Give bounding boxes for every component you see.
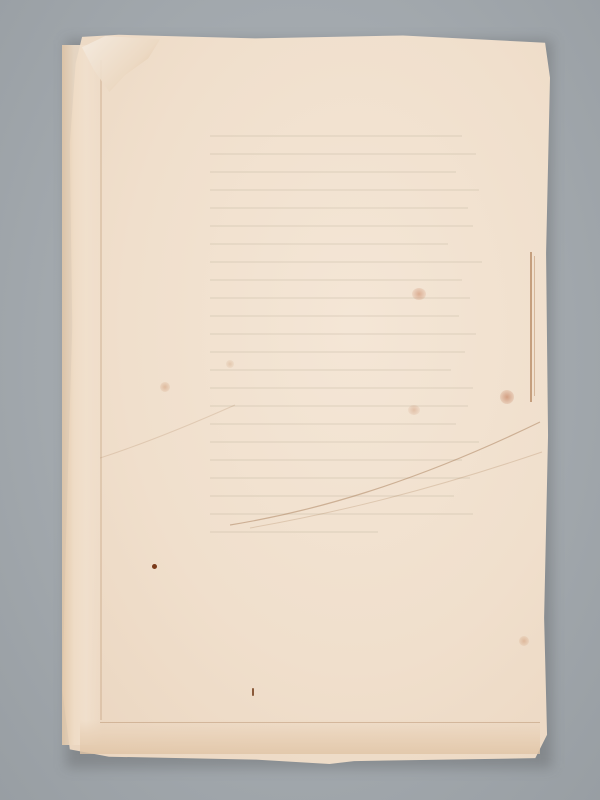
right-edge-stitch-mark xyxy=(534,256,535,396)
bottom-page-step xyxy=(100,722,540,723)
show-through-text-lines xyxy=(210,135,490,655)
foxing-spot xyxy=(252,688,254,696)
deckled-left-edge xyxy=(62,45,102,745)
page-layer-line xyxy=(100,60,102,720)
right-edge-stitch-mark xyxy=(530,252,532,402)
foxing-spot xyxy=(412,288,426,300)
foxing-spot xyxy=(226,360,234,368)
foxing-spot xyxy=(160,382,170,392)
foxing-spot xyxy=(152,564,157,569)
foxing-spot xyxy=(519,636,529,646)
bottom-edge-layers xyxy=(80,720,540,754)
left-crease xyxy=(100,400,240,460)
diagonal-crease xyxy=(230,400,550,530)
